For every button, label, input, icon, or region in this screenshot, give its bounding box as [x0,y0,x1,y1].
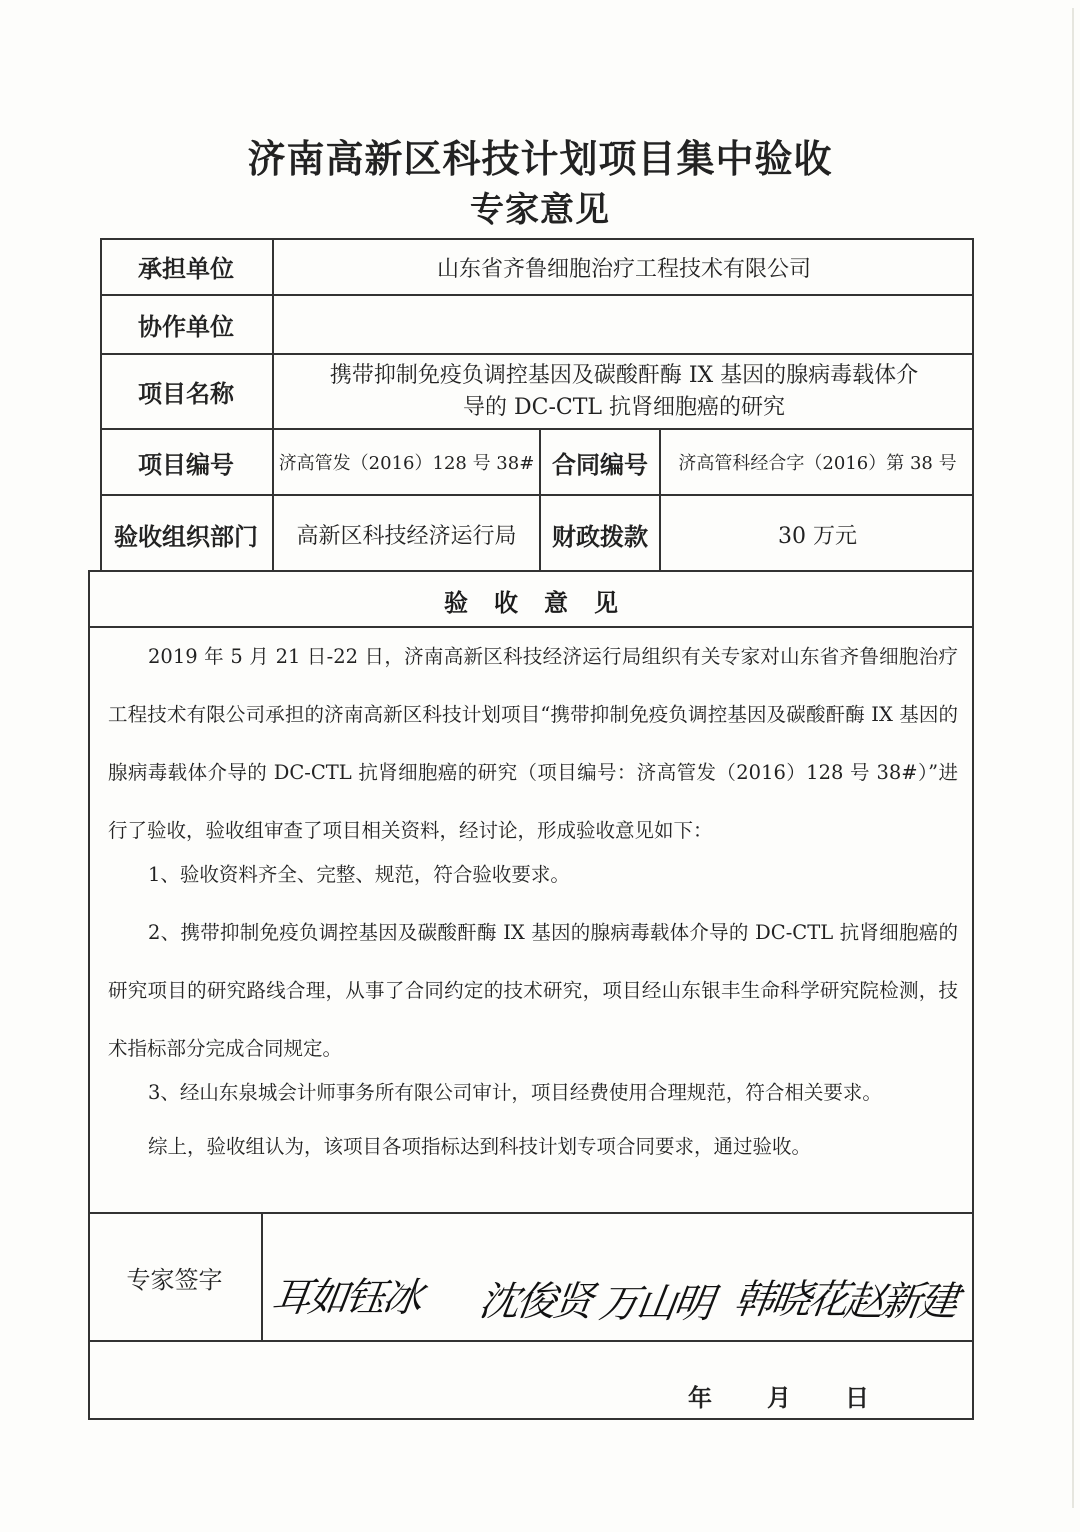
col-divider [261,1212,263,1342]
value-contract-number: 济高管科经合字（2016）第 38 号 [661,430,974,494]
opinion-point-2: 2、携带抑制免疫负调控基因及碳酸酐酶 IX 基因的腺病毒载体介导的 DC-CTL… [108,904,958,1078]
label-expert-signature: 专家签字 [88,1214,261,1340]
value-project-number: 济高管发（2016）128 号 38# [274,430,539,494]
signature-3: 万山明 [596,1272,715,1329]
value-organizer: 高新区科技经济运行局 [274,496,539,572]
opinion-intro: 2019 年 5 月 21 日-22 日，济南高新区科技经济运行局组织有关专家对… [108,628,958,860]
label-organizer: 验收组织部门 [100,496,272,572]
opinion-heading: 验收意见 [88,572,974,628]
value-collaborator [274,296,974,353]
date-month: 月 [767,1378,791,1413]
row-divider [88,1340,974,1342]
value-undertaker: 山东省齐鲁细胞治疗工程技术有限公司 [274,240,974,294]
page-edge [1072,8,1074,1508]
signature-4: 韩晓花 [731,1268,850,1325]
label-project-name: 项目名称 [100,355,272,428]
opinion-point-1: 1、验收资料齐全、完整、规范，符合验收要求。 [108,846,958,904]
value-funding: 30 万元 [661,496,974,572]
project-name-line2: 导的 DC-CTL 抗肾细胞癌的研究 [463,392,785,424]
opinion-point-3: 3、经山东泉城会计师事务所有限公司审计，项目经费使用合理规范，符合相关要求。 [108,1064,958,1122]
label-project-number: 项目编号 [100,430,272,494]
label-collaborator: 协作单位 [100,296,272,353]
signature-5: 赵新建 [841,1270,960,1327]
label-undertaker: 承担单位 [100,238,272,294]
document-subtitle: 专家意见 [0,182,1080,231]
date-year: 年 [688,1378,712,1413]
value-project-name: 携带抑制免疫负调控基因及碳酸酐酶 IX 基因的腺病毒载体介 导的 DC-CTL … [274,355,974,428]
signature-2: 沈俊贤 [476,1270,595,1327]
project-name-line1: 携带抑制免疫负调控基因及碳酸酐酶 IX 基因的腺病毒载体介 [330,360,918,392]
document-title: 济南高新区科技计划项目集中验收 [0,128,1080,183]
label-contract-number: 合同编号 [541,430,659,494]
date-day: 日 [845,1378,869,1413]
signature-1: 耳如钰冰 [268,1266,424,1323]
label-funding: 财政拨款 [541,496,659,572]
opinion-conclusion: 综上，验收组认为，该项目各项指标达到科技计划专项合同要求，通过验收。 [108,1118,958,1176]
